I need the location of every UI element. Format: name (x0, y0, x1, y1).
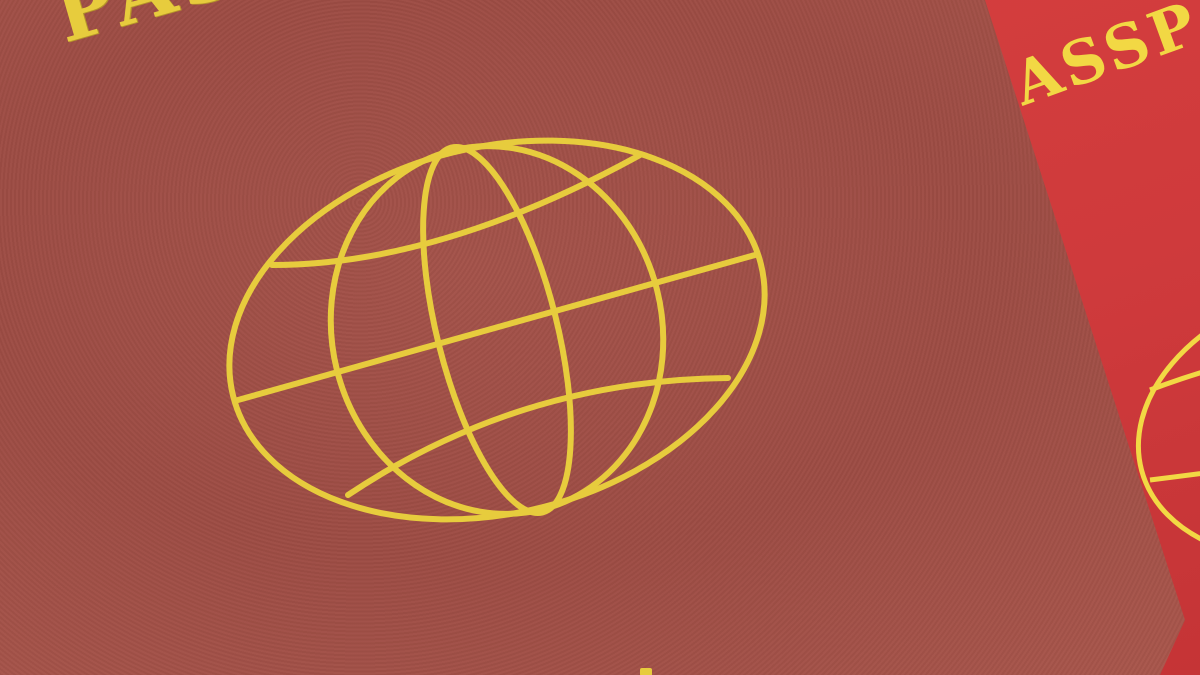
bottom-text-fragment (640, 668, 652, 675)
